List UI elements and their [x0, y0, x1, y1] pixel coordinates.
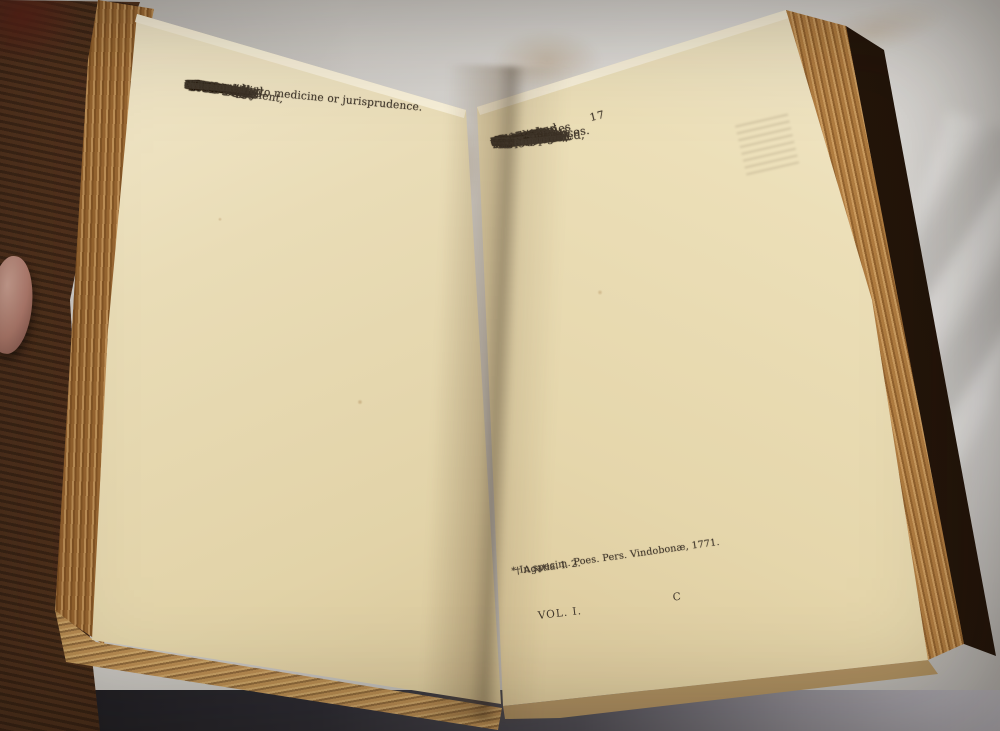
- word: evils: [184, 79, 210, 93]
- signature-mark: C: [672, 591, 681, 604]
- photo-scene: 16 sothatwhateverlearningorphilosophythe…: [0, 0, 1000, 731]
